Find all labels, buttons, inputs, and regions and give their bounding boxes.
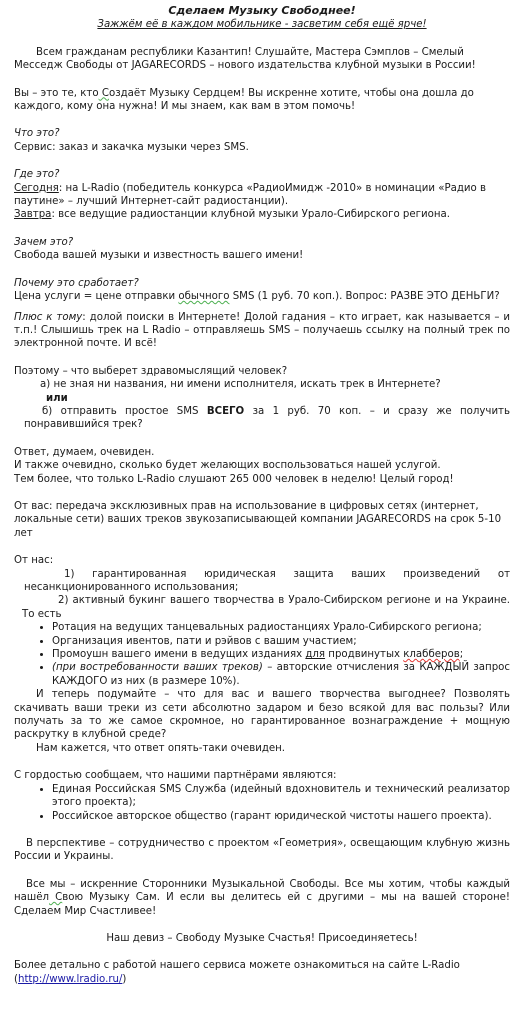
choice-option-a: а) не зная ни названия, ни имени исполни… [14,378,510,391]
spellcheck-mark: С [49,892,62,903]
document-title: Сделаем Музыку Свободнее! [14,4,510,17]
footer-link-line: (http://www.lradio.ru/) [14,973,510,986]
choice-option-b: б) отправить простое SMS ВСЕГО за 1 руб.… [14,405,510,432]
answer-line-3: Тем более, что только L-Radio слушают 26… [14,473,510,486]
document-page: Сделаем Музыку Свободнее! Зажжём её в ка… [0,4,524,986]
answer-what: Сервис: заказ и закачка музыки через SMS… [14,141,510,154]
question-works: Почему это сработает? [14,277,510,290]
list-item: Единая Российская SMS Служба (идейный вд… [52,783,510,810]
spellcheck-mark: С [99,88,109,99]
text-run: ; [460,649,463,660]
text-run: вою Музыку Сам. И если вы делитесь ей с … [14,892,510,916]
partners-intro: С гордостью сообщаем, что нашими партнёр… [14,769,510,782]
answer-line-1: Ответ, думаем, очевиден. [14,446,510,459]
supporters-paragraph: Все мы – искренние Сторонники Музыкально… [14,878,510,918]
list-item: Российское авторское общество (гарант юр… [52,810,510,823]
tomorrow-label: Завтра [14,209,51,220]
partners-list: Единая Российская SMS Служба (идейный вд… [14,783,510,823]
document-subtitle: Зажжём её в каждом мобильнике - засветим… [14,18,510,31]
text-run: : долой поиски в Интернете! Долой гадани… [14,312,510,350]
question-where: Где это? [14,168,510,181]
think-conclusion: Нам кажется, что ответ опять-таки очевид… [14,742,510,755]
intro-paragraph: Всем гражданам республики Казантип! Слуш… [14,46,510,73]
list-item: Ротация на ведущих танцевальных радиоста… [52,621,510,634]
text-run: для [305,649,325,660]
spellcheck-mark: обычного [178,291,229,302]
answer-line-2: И также очевидно, сколько будет желающих… [14,459,510,472]
text-run: б) отправить простое SMS [42,406,207,417]
spellcheck-mark: клабберов [403,649,459,660]
list-item: Организация ивентов, пати и рэйвов с ваш… [52,635,510,648]
answer-where-today: Сегодня: на L-Radio (победитель конкурса… [14,182,510,209]
from-us-bullets: Ротация на ведущих танцевальных радиоста… [14,621,510,688]
lradio-link[interactable]: http://www.lradio.ru/ [18,974,122,985]
from-us-label: От нас: [14,554,510,567]
motto: Наш девиз – Свободу Музыке Счастья! Прис… [14,932,510,945]
list-item: Промоушн вашего имени в ведущих изданиях… [52,648,510,661]
today-label: Сегодня [14,183,59,194]
answer-why: Свобода вашей музыки и известность вашег… [14,249,510,262]
answer-where-tomorrow: Завтра: все ведущие радиостанции клубной… [14,208,510,221]
from-us-item-2: 2) активный букинг вашего творчества в У… [14,594,510,621]
from-us-item-1: 1) гарантированная юридическая защита ва… [14,568,510,595]
intro-paragraph-2: Вы – это те, кто Создаёт Музыку Сердцем!… [14,87,510,114]
text-run: : все ведущие радиостанции клубной музык… [51,209,450,220]
text-run: (при востребованности ваших треков) [52,662,263,673]
footer-text: Более детально с работой нашего сервиса … [14,959,510,972]
text-run: продвинутых [325,649,403,660]
from-you-paragraph: От вас: передача эксклюзивных прав на ис… [14,500,510,540]
text-run: 1) гарантированная юридическая защита ва… [64,569,510,580]
bold-word: ВСЕГО [207,406,244,417]
plus-paragraph: Плюс к тому: долой поиски в Интернете! Д… [14,311,510,351]
choice-question: Поэтому – что выберет здравомыслящий чел… [14,365,510,378]
text-run: Промоушн вашего имени в ведущих изданиях [52,649,305,660]
answer-works: Цена услуги = цене отправки обычного SMS… [14,290,510,303]
text-run: ) [122,974,126,985]
future-paragraph: В перспективе – сотрудничество с проекто… [14,837,510,864]
text-run: Вы – это те, кто [14,88,99,99]
think-paragraph: И теперь подумайте – что для вас и вашег… [14,688,510,742]
choice-or: или [14,392,510,405]
text-run: несанкционированного использования; [24,582,238,593]
question-what: Что это? [14,127,510,140]
text-run: Цена услуги = цене отправки [14,291,178,302]
question-why: Зачем это? [14,236,510,249]
text-run: : на L-Radio (победитель конкурса «Радио… [14,183,486,207]
plus-label: Плюс к тому [14,312,82,323]
list-item: (при востребованности ваших треков) – ав… [52,661,510,688]
text-run: SMS (1 руб. 70 коп.). Вопрос: РАЗВЕ ЭТО … [229,291,499,302]
